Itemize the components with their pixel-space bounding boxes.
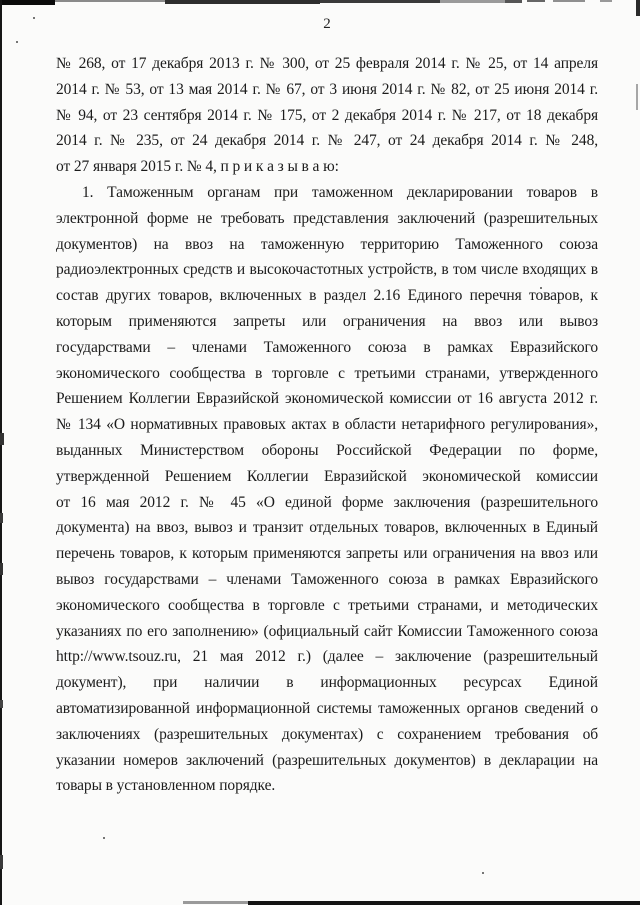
text-line: электронной форме не требовать представл…: [56, 206, 598, 232]
scan-artifact-top-bar: [165, 0, 320, 4]
text-line: экономического сообщества в торговле с т…: [56, 593, 598, 619]
text-line: автоматизированной информационной систем…: [56, 696, 598, 722]
text-line: государствами – членами Таможенного союз…: [56, 335, 598, 361]
text-line: http://www.tsouz.ru, 21 мая 2012 г.) (да…: [56, 644, 598, 670]
scan-speck: [16, 41, 18, 43]
text-line: № 94, от 23 сентября 2014 г. № 175, от 2…: [56, 103, 598, 129]
page-number: 2: [56, 16, 598, 33]
text-line: Решением Коллегии Евразийской экономичес…: [56, 386, 598, 412]
scan-artifact-left-edge-line: [0, 0, 2, 905]
document-body: № 268, от 17 декабря 2013 г. № 300, от 2…: [56, 51, 598, 799]
text-line: 1. Таможенным органам при таможенном дек…: [56, 180, 598, 206]
text-line: документ), при наличии в информационных …: [56, 670, 598, 696]
text-line: от 16 мая 2012 г. № 45 «О единой форме з…: [56, 490, 598, 516]
scan-artifact-bottom-bar: [248, 901, 640, 905]
text-line: товары в установленном порядке.: [56, 773, 598, 799]
scan-speck: [33, 17, 35, 19]
scan-artifact-bottom-bar: [183, 901, 248, 904]
scan-artifact-left-tick: [0, 433, 4, 445]
scan-artifact-left-tick: [0, 855, 3, 869]
text-line: от 27 января 2015 г. № 4, п р и к а з ы …: [56, 154, 598, 180]
text-line: выданных Министерством обороны Российско…: [56, 438, 598, 464]
scan-artifact-right-edge-dash: [636, 84, 638, 110]
text-line: указании номеров заключений (разрешитель…: [56, 748, 598, 774]
scan-artifact-left-tick: [0, 513, 3, 523]
scan-speck: [103, 837, 105, 839]
scan-artifact-top-bar: [0, 0, 55, 5]
text-line: № 268, от 17 декабря 2013 г. № 300, от 2…: [56, 51, 598, 77]
scan-artifact-left-tick: [0, 563, 3, 575]
text-line: документов) на ввоз на таможенную террит…: [56, 232, 598, 258]
text-line: радиоэлектронных средств и высокочастотн…: [56, 257, 598, 283]
text-line: указаниях по его заполнению» (официальны…: [56, 619, 598, 645]
scan-artifact-top-right-tick: [636, 0, 640, 16]
scan-artifact-top-bar: [440, 0, 505, 3]
text-line: экономического сообщества в торговле с т…: [56, 361, 598, 387]
text-line: № 134 «О нормативных правовых актах в об…: [56, 412, 598, 438]
scan-speck: [482, 872, 484, 874]
scan-artifact-top-bar: [320, 0, 440, 3]
text-line: которым применяются запреты или ограниче…: [56, 309, 598, 335]
scan-artifact-top-bar: [600, 0, 612, 2]
text-line: 2014 г. № 53, от 13 мая 2014 г. № 67, от…: [56, 77, 598, 103]
scan-artifact-top-bar: [55, 0, 165, 2]
text-line: состав других товаров, включенных в разд…: [56, 283, 598, 309]
scan-artifact-top-bar: [527, 0, 545, 2]
scan-artifact-left-tick: [0, 700, 3, 708]
text-line: перечень товаров, к которым применяются …: [56, 541, 598, 567]
text-line: утвержденной Решением Коллегии Евразийск…: [56, 464, 598, 490]
text-line: заключениях (разрешительных документах) …: [56, 722, 598, 748]
scan-artifact-top-bar: [505, 0, 522, 3]
text-line: документа) на ввоз, вывоз и транзит отде…: [56, 515, 598, 541]
scan-artifact-top-bar: [553, 0, 585, 2]
text-line: вывоз государствами – членами Таможенног…: [56, 567, 598, 593]
text-line: 2014 г. № 235, от 24 декабря 2014 г. № 2…: [56, 128, 598, 154]
